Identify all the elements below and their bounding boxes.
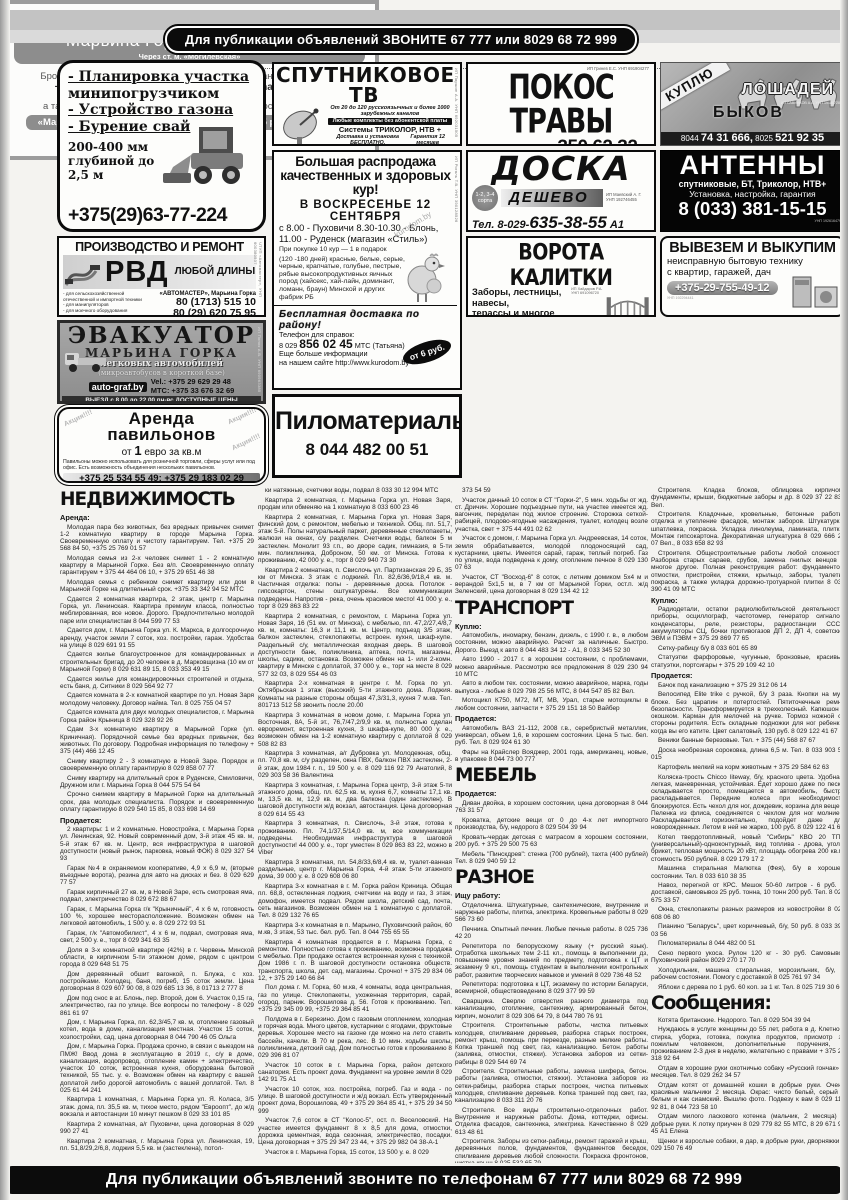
bottom-contact-banner: Для публикации объявлений звоните по тел… bbox=[6, 1166, 842, 1194]
classified-ad: 373 54 59 bbox=[455, 487, 648, 494]
classified-ad: Доля в 3-х комнатной квартире (42%) в г.… bbox=[60, 947, 254, 969]
classified-ad: Квартира 2 комнатная, п. Свислочь ул. Па… bbox=[258, 567, 452, 611]
classified-ad: Статуэтки фарфоровые, чугунные, бронзовы… bbox=[651, 654, 845, 669]
ad-unp: ИП Хайдаров Р.А. УНП 691096720 bbox=[571, 287, 605, 317]
ad-headline: ВОРОТА КАЛИТКИ bbox=[472, 240, 650, 291]
classified-ad: Яблоки с дерева по 1 руб. 60 коп. за 1 к… bbox=[651, 984, 845, 991]
classified-ad: Отделочника. Штукатурные, сантехнические… bbox=[455, 902, 648, 924]
classifieds-column-4: Строителя. Кладка блоков, облицовка кирп… bbox=[651, 487, 845, 1163]
classifieds-column-1: НЕДВИЖИМОСТЬАренда:Молодая пара без живо… bbox=[60, 487, 254, 1163]
ad-headline: качественных и здоровых кур! bbox=[279, 169, 452, 197]
section-header: РАЗНОЕ bbox=[455, 868, 648, 888]
section-subheader: Продается: bbox=[455, 789, 648, 798]
ad-boards: ДОСКА 1-2, 3-4 сорта ДЕШЕВО ИП Маевский … bbox=[466, 150, 656, 232]
ad-website: auto-graf.by bbox=[89, 382, 147, 392]
classified-ad: Гараж, г. Марьина Горка г/к "Крыничный",… bbox=[60, 906, 254, 928]
ad-headline: павильонов bbox=[107, 425, 215, 444]
classified-ad: Авто 1990 - 2017 г. в хорошем состоянии,… bbox=[455, 656, 648, 678]
ad-buy-horses: КУПЛЮ ЛОШАДЕЙ БЫКОВ ИП САВИНКОВ А.А. УНП… bbox=[660, 62, 845, 146]
ad-site-planning: - Планировка участка минипогрузчиком - У… bbox=[57, 60, 266, 232]
classified-ad: Строителя. Кладка блоков, облицовка кирп… bbox=[651, 487, 845, 509]
ad-unp: ИП Попок А.В. УНП 690963385 bbox=[257, 327, 262, 392]
classified-ad: Квартира 1 комнатная, г. Марьина Горка у… bbox=[60, 1096, 254, 1118]
ad-unp: ИП САВИНКОВ А.А. УНП 191807280 bbox=[781, 101, 842, 105]
ad-subheadline: ДЕШЕВО bbox=[501, 189, 603, 207]
ad-line: Доставка и установка БЕСПЛАТНО. bbox=[330, 134, 405, 146]
classified-ad: Окна, стеклопакеты разных размеров из но… bbox=[651, 906, 845, 921]
ad-hours: ВЫЕЗД с 8.00 до 22.00 пн-вс ДОСТУПНЫЕ ЦЕ… bbox=[62, 396, 261, 404]
classified-ad: Картофель мелкий на корм животным + 375 … bbox=[651, 764, 845, 771]
classified-ad: Нуждаюсь в услуге женщины до 55 лет, раб… bbox=[651, 1026, 845, 1062]
classified-ad: Кроватка, детские вещи от 0 до 4-х лет и… bbox=[455, 817, 648, 832]
ad-phone: 8 044 482 00 51 bbox=[275, 440, 459, 460]
ad-pavilion-rent: Акция!!!! Акция!!!! Акция!!!! Аренда пав… bbox=[57, 407, 266, 483]
ad-bullet: - для сельскохозяйственной отечественной… bbox=[63, 291, 147, 302]
classified-ad: Автомобиль ВАЗ 21-112, 2008 г.в., серебр… bbox=[455, 725, 648, 747]
classified-ad: Сдается комната для двух молодых специал… bbox=[60, 709, 254, 724]
top-contact-banner: Для публикации объявлений ЗВОНИТЕ 67 777… bbox=[165, 26, 637, 53]
classified-ad: Квартира 3-х комнатная в п. Марьино, Пух… bbox=[258, 922, 452, 937]
classified-ad: Кровать-чердак детская с матрасом в хоро… bbox=[455, 834, 648, 849]
price-text: евро за кв.м bbox=[144, 447, 201, 458]
classified-ad: Дом под снос в аг. Блонь, пер. Второй, д… bbox=[60, 995, 254, 1017]
classified-ad: Квартира 2 комнатная, г. Марьина Горка у… bbox=[258, 514, 452, 565]
classified-ad: Срочно снимем квартиру в Марьиной Горке … bbox=[60, 791, 254, 813]
price-number: 1 bbox=[134, 443, 141, 458]
classified-ad: Дом, г. Марьина Горка. Продажа срочно, в… bbox=[60, 1043, 254, 1094]
ad-headline: Пиломатериалы bbox=[275, 407, 459, 436]
section-subheader: Продается: bbox=[455, 714, 648, 723]
classified-ad: Котел твердотопливный, новый "Сибирь" КВ… bbox=[651, 834, 845, 863]
classified-ad: Квартира 2 комнатная, г. Марьина Горка у… bbox=[60, 1138, 254, 1153]
price-text: от bbox=[122, 447, 132, 458]
ad-headline: ЭВАКУАТОР bbox=[62, 324, 261, 347]
classified-ad: Гараж №4 в охраняемом кооперативе, 4,9 х… bbox=[60, 865, 254, 887]
classified-ad: Участок в г. Марьина Горка, 15 соток, 13… bbox=[258, 1149, 452, 1156]
ad-line: От 20 до 120 русскоязычных и более 1000 … bbox=[328, 105, 452, 117]
classified-ad: Квартира 3 комнатная, г. Марьина Горка ц… bbox=[258, 782, 452, 818]
ad-unp: ООО "Компания ДВС", УНП 691944749 bbox=[68, 229, 255, 232]
ad-item: БЫКОВ bbox=[713, 104, 784, 122]
appliances-icon bbox=[791, 275, 839, 309]
classified-ad: Диван двойка, в хорошем состоянии, цена … bbox=[455, 800, 648, 815]
ad-satellite-tv: СПУТНИКОВОЕ ТВ От 20 до 120 русскоязычны… bbox=[272, 62, 462, 146]
classified-ad: Полдома в г. Березино. Дом с газовым ото… bbox=[258, 1016, 452, 1060]
ad-headline: ДОСКА bbox=[472, 153, 650, 185]
classified-ad: ки натяжные, счетчики воды, подвал 8 033… bbox=[258, 487, 452, 494]
classified-ad: Квартира 3 комнатная, а/г Дубровка ул. М… bbox=[258, 750, 452, 779]
classified-ad: Гараж кирпичный 27 кв. м, в Новой Заре, … bbox=[60, 889, 254, 904]
section-header: Сообщения: bbox=[651, 994, 845, 1014]
classified-ad: Дом деревянный обшит вагонкой, п. Блужа,… bbox=[60, 971, 254, 993]
classified-ad: Холодильник, машина стиральная, морозиль… bbox=[651, 967, 845, 982]
section-subheader: Продается: bbox=[651, 671, 845, 680]
ad-headline: АНТЕННЫ bbox=[661, 152, 844, 179]
classified-ad: Строителя. Строительные работы, чистка п… bbox=[455, 1022, 648, 1066]
ad-line: спутниковые, БТ, Триколор, НТВ+ bbox=[661, 179, 844, 189]
classified-ad: Участок 10 соток, хоз. постройка, погреб… bbox=[258, 1086, 452, 1115]
gate-icon bbox=[605, 289, 650, 317]
classified-ad: Сдам 3-х комнатную квартиру в Марьиной Г… bbox=[60, 726, 254, 755]
classified-ad: Строителя. Все виды строительно-отделочн… bbox=[455, 1107, 648, 1136]
ad-grass-mowing: ИП Гринев Е.С. УНП 691904277 ПОКОС ТРАВЫ… bbox=[466, 62, 656, 146]
ad-body: Есть возможность объединения нескольких … bbox=[79, 465, 216, 471]
ad-delivery-note: Бесплатная доставка по району! bbox=[279, 309, 452, 331]
classified-ad: Молодая семья из 2-х человек снимет 1 - … bbox=[60, 555, 254, 577]
classified-ad: Доска необрезная сороковка, длина 6,5 м.… bbox=[651, 747, 845, 762]
ad-headline: ПОКОС ТРАВЫ bbox=[473, 71, 649, 139]
classified-ad: Квартира 3 комнатная в новом доме, г. Ма… bbox=[258, 712, 452, 748]
ad-schedule: 11.00 - Руденск (магазин «Стиль») bbox=[279, 234, 452, 245]
classified-ad: Радиодетали, остатки радиолюбительской д… bbox=[651, 606, 845, 642]
ad-phone: 8 (033) 381-15-15 bbox=[661, 199, 844, 219]
section-header: ТРАНСПОРТ bbox=[455, 599, 648, 619]
ad-body: (120 -180 дней) красные, белые, серые, ч… bbox=[279, 256, 405, 302]
ad-line: Любые комплекты без абонентской платы bbox=[328, 118, 452, 125]
classified-ad: Квартира 2 комнатная, с ремонтом, г. Мар… bbox=[258, 613, 452, 678]
classified-ad: Щенки и взрослые собаки, в дар, в добрые… bbox=[651, 1138, 845, 1153]
ad-line: Гарантия 12 месяцев bbox=[405, 134, 450, 146]
classified-ad: Машинка стиральная Малютка (Фея), б/у в … bbox=[651, 865, 845, 880]
classified-ad: Квартира 2 комнатная, а/г Пуховичи, цена… bbox=[60, 1121, 254, 1136]
classified-ad: Авто в любом тех. состоянии, можно авари… bbox=[455, 680, 648, 695]
classified-ad: Сетку-рабицу б/у 8 033 601 65 89 bbox=[651, 645, 845, 652]
classified-ad: Пиломатериалы 8 044 482 00 51 bbox=[651, 940, 845, 947]
classified-ad: Фары на Крайслер Вояджер, 2001 года, аме… bbox=[455, 749, 648, 764]
ad-line: При покупке 10 кур — 1 в подарок bbox=[279, 246, 405, 254]
classified-ad: Навоз, перегной от КРС. Мешок 50-60 литр… bbox=[651, 882, 845, 904]
ad-headline: СПУТНИКОВОЕ ТВ bbox=[276, 65, 452, 105]
classified-ad: Репетитора по белорусскому языку (+ русс… bbox=[455, 943, 648, 979]
classified-ad: Сдается жилье для командировочных строит… bbox=[60, 676, 254, 691]
classified-ad: Сниму квартиру 2 - 3 комнатную в Новой З… bbox=[60, 758, 254, 773]
classified-ad: Сдается жилье благоустроенное для команд… bbox=[60, 651, 254, 673]
classified-ad: Строителя. Строительные работы, замена ш… bbox=[455, 1068, 648, 1104]
ad-line: неисправную бытовую технику bbox=[667, 256, 838, 267]
classified-ad: Участок, СТ "Восход-6" 8 соток, с летним… bbox=[455, 574, 648, 596]
classified-ad: Сдается дом, г. Марьина Горка ул. К. Мар… bbox=[60, 627, 254, 649]
classifieds-column-2: ки натяжные, счетчики воды, подвал 8 033… bbox=[258, 487, 452, 1163]
grade-badge: 1-2, 3-4 сорта bbox=[472, 185, 498, 211]
ad-phone: 8025 bbox=[755, 134, 773, 143]
classified-ad: Квартира 3-х комнатная в г. М. Горка рай… bbox=[258, 883, 452, 919]
ad-bullet-list: - для сельскохозяйственной отечественной… bbox=[63, 291, 147, 317]
section-subheader: Ищу работу: bbox=[455, 891, 648, 900]
ad-line: минипогрузчиком bbox=[68, 86, 255, 102]
satellite-dish-icon bbox=[276, 105, 328, 146]
classified-ad: Сниму квартиру на длительный срок в Руде… bbox=[60, 775, 254, 790]
ad-unp: УНП 192616479 bbox=[661, 219, 844, 223]
classified-ad: Гараж, г/к "Автомобилист", 4 х 6 м, подв… bbox=[60, 930, 254, 945]
ad-line: терассы и многое другое bbox=[472, 308, 571, 317]
ad-unp: ЧТУП «Автомастер», УНП 600380537 bbox=[253, 242, 263, 315]
classified-ad: Участок 10 соток в г. Марьина Горка, рай… bbox=[258, 1062, 452, 1084]
ad-gates: ВОРОТА КАЛИТКИ Заборы, лестницы, навесы,… bbox=[466, 236, 656, 317]
classified-ad: Велосипед Elite trike с ручкой, б/у 3 ра… bbox=[651, 691, 845, 735]
classified-ad: Репетитора: подготовка к ЦТ, экзамену по… bbox=[455, 981, 648, 996]
ad-unp: ИП Паршин А.А. УНП 692031505 bbox=[454, 68, 459, 137]
ad-tow-truck: ЭВАКУАТОР МАРЬИНА ГОРКА легковых автомоб… bbox=[57, 320, 266, 404]
section-subheader: Аренда: bbox=[60, 513, 254, 522]
ad-unp: ИП Рогаль Т.В. УНП 390128526 bbox=[454, 156, 459, 223]
classified-ad: Молодая семья с ребенком снимет квартиру… bbox=[60, 579, 254, 594]
classified-ad: Дом, г. Марьина Горка, пл. 62,3/45,7 кв.… bbox=[60, 1019, 254, 1041]
classified-ad: Отдам милого ласкового котенка (мальчик,… bbox=[651, 1113, 845, 1135]
ad-line: Системы ТРИКОЛОР, НТВ + bbox=[328, 126, 452, 134]
ad-phone: 80 (29) 620 75 95 bbox=[147, 308, 256, 317]
classified-ad: Участок дачный 10 соток в СТ "Горки-2", … bbox=[455, 497, 648, 533]
ad-antennas: АНТЕННЫ спутниковые, БТ, Триколор, НТВ+ … bbox=[660, 150, 845, 232]
classified-ad: Участок 7,6 соток в СТ "Колос-5", ост. п… bbox=[258, 1117, 452, 1146]
classified-ad: Отдам котят от домашней кошки в добрые р… bbox=[651, 1082, 845, 1111]
classified-ad: Котята британские. Недорого. Тел. 8 029 … bbox=[651, 1017, 845, 1024]
ad-phone: МТС: +375 33 676 32 69 bbox=[151, 386, 235, 395]
ad-appliance-removal: ВЫВЕЗЕМ И ВЫКУПИМ неисправную бытовую те… bbox=[660, 236, 845, 317]
section-subheader: Куплю: bbox=[651, 596, 845, 605]
ad-phone: 521 92 35 bbox=[775, 132, 824, 144]
divider bbox=[274, 305, 457, 306]
chicken-icon bbox=[400, 252, 448, 304]
classified-ad: Веники банные березовые. Тел. + 375 (44)… bbox=[651, 737, 845, 744]
classified-ad: Коляска-трость Chicco liteway, б/у, крас… bbox=[651, 774, 845, 832]
classified-ad: Сдается 2 комнатная квартира, 2 этаж, це… bbox=[60, 596, 254, 625]
classified-ad: Квартира 4 комнатная продается в г. Марь… bbox=[258, 939, 452, 983]
newspaper-page: Для публикации объявлений ЗВОНИТЕ 67 777… bbox=[0, 0, 848, 1200]
classified-ad: Пианино "Беларусь", цвет коричневый, б/у… bbox=[651, 923, 845, 938]
ad-headline: Большая распродажа bbox=[279, 155, 452, 169]
classified-ad: Сдается комната в 2-х комнатной квартире… bbox=[60, 692, 254, 707]
ad-phone: 74 31 666, bbox=[701, 132, 753, 144]
ad-phone: +375(29)63-77-224 bbox=[68, 204, 255, 227]
ad-phone: +375 25 534 55 49; +375 29 183 02 29 bbox=[63, 473, 260, 483]
ad-schedule: с 8.00 - Пуховичи 8.30-10.30 - Блонь, bbox=[279, 223, 452, 234]
classified-ad: Сварщика. Сверлю отверстия разного диаме… bbox=[455, 998, 648, 1020]
section-header: НЕДВИЖИМОСТЬ bbox=[60, 490, 254, 510]
ad-item: ЛОШАДЕЙ bbox=[742, 81, 834, 99]
skid-steer-loader-icon bbox=[161, 115, 261, 195]
ad-headline: ВЫВЕЗЕМ И ВЫКУПИМ bbox=[667, 240, 838, 256]
classified-ad: Отдам в хорошие руки охотничью собаку «Р… bbox=[651, 1065, 845, 1080]
classified-ad: Строителя. Общестроительные работы любой… bbox=[651, 550, 845, 594]
classified-ad: Молодая пара без животных, без вредных п… bbox=[60, 524, 254, 553]
classified-ad: Пол дома г. М. Горка, 60 м.кв, 4 комнаты… bbox=[258, 984, 452, 1013]
classified-ad: Строителя. Кладочные, кровельные, бетонн… bbox=[651, 511, 845, 547]
ad-headline: РВД bbox=[105, 257, 169, 287]
ad-title: ПРОИЗВОДСТВО И РЕМОНТ bbox=[63, 240, 256, 254]
section-subheader: Куплю: bbox=[455, 622, 648, 631]
classified-ad: Мотоцикл К750, М72, МТ, МВ, Урал, старые… bbox=[455, 697, 648, 712]
classified-ad: Участок с домом, г. Марьина Горка ул. Ан… bbox=[455, 535, 648, 571]
section-header: МЕБЕЛЬ bbox=[455, 766, 648, 786]
ad-subheadline: ЛЮБОЙ ДЛИНЫ bbox=[175, 267, 256, 277]
ad-phone: 8044 bbox=[681, 134, 699, 143]
classifieds-column-3: 373 54 59Участок дачный 10 соток в СТ "Г… bbox=[455, 487, 648, 1163]
ad-rvd-hoses: ПРОИЗВОДСТВО И РЕМОНТ РВД ЛЮБОЙ ДЛИНЫ - … bbox=[57, 236, 266, 317]
classified-ad: Бачок под канализацию + 375 29 312 06 14 bbox=[651, 682, 845, 689]
classified-ad: Строителя. Заборы из сетки-рабицы, ремон… bbox=[455, 1138, 648, 1163]
classified-ad: Квартира 2-х комнатная в центре г. М. Го… bbox=[258, 680, 452, 709]
classified-ad: Сено первого укоса. Рулон 120 кг - 30 ру… bbox=[651, 950, 845, 965]
classified-ad: Квартира 3 комнатная, п. Свислочь, 3-й э… bbox=[258, 820, 452, 856]
ad-phone: +375-29-755-49-12 bbox=[667, 281, 778, 295]
ad-phone: Тел.+375 (33) bbox=[485, 144, 555, 146]
tow-truck-icon bbox=[63, 349, 109, 375]
classified-ad: Квартира 2 комнатная, г. Марьина Горка у… bbox=[258, 497, 452, 512]
ad-hens-sale: Большая распродажа качественных и здоров… bbox=[272, 150, 462, 390]
ad-bullet: - для моечного оборудования bbox=[63, 308, 147, 314]
classified-ad: Автомобиль, иномарку, бензин, дизель, с … bbox=[455, 632, 648, 654]
section-subheader: Продается: bbox=[60, 816, 254, 825]
ad-lumber: Пиломатериалы 8 044 482 00 51 bbox=[272, 394, 462, 478]
classified-ad: 2 квартиры: 1 и 2 комнатные. Новостройка… bbox=[60, 826, 254, 862]
ad-unp: ИП Маевский А. Г. УНП 192746455 bbox=[606, 193, 650, 203]
classified-ad: Квартира 3 комнатная, пл. 54,8/33,6/8,4 … bbox=[258, 859, 452, 881]
ad-line: - Планировка участка bbox=[68, 69, 255, 86]
ad-phone: 635-38-55 bbox=[529, 213, 607, 232]
hydraulic-hose-icon bbox=[64, 257, 104, 287]
carrier-label: А1 bbox=[610, 219, 624, 231]
classified-ad: Печника. Опытный печник. Любые печные ра… bbox=[455, 926, 648, 941]
ad-phone: Тел. 8-029- bbox=[472, 219, 529, 231]
classified-ad: Мебель "Пинскдрев": стенка (700 рублей),… bbox=[455, 851, 648, 866]
